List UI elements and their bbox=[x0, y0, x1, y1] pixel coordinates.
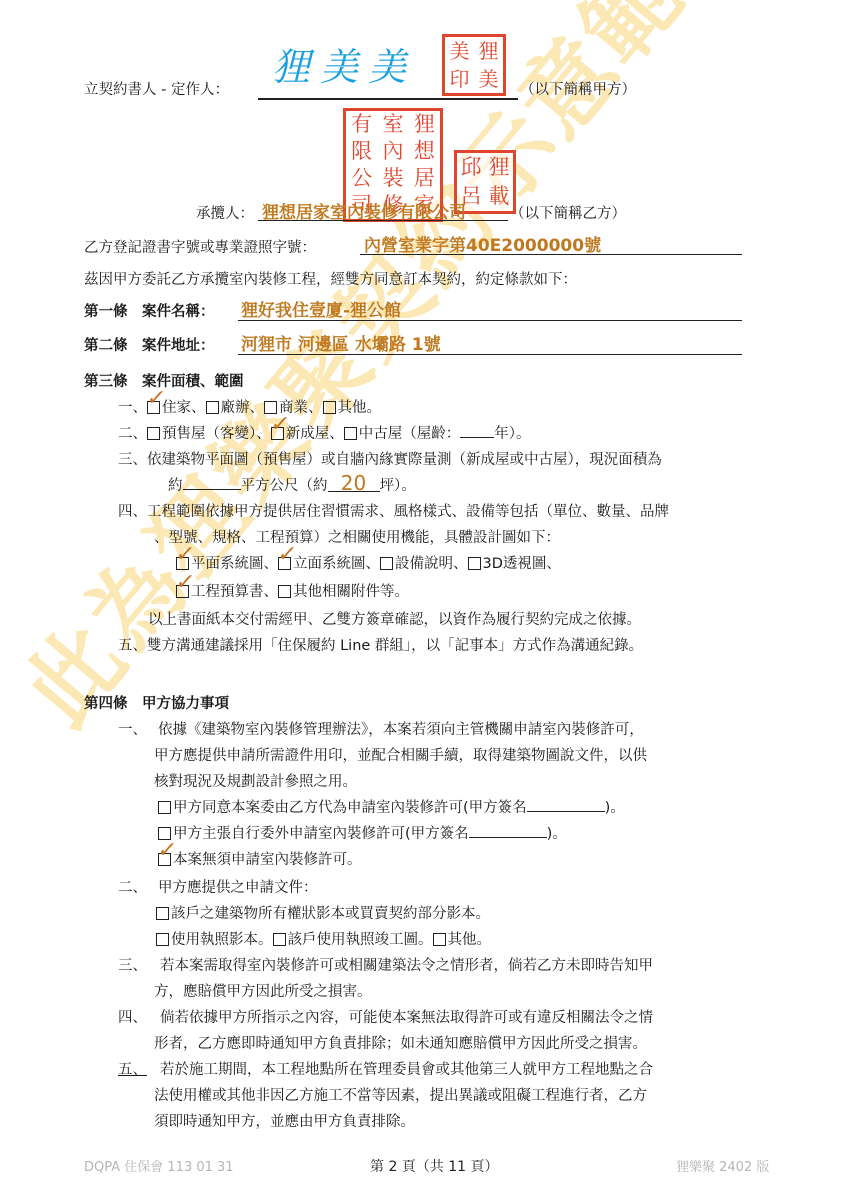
article-4-item-5-line: 若於施工期間，本工程地點所在管理委員會或其他第三人就甲方工程地點之合 bbox=[160, 1058, 653, 1079]
item-prefix: 二、 bbox=[118, 876, 147, 897]
article-3-item-1: 一、✓住家、廠辦、商業、其他。 bbox=[118, 396, 381, 417]
option-label: 設備說明、 bbox=[395, 556, 468, 572]
seal-char: 裝 bbox=[382, 168, 403, 189]
checkmark-icon: ✓ bbox=[174, 544, 196, 566]
article-2-value: 河狸市 河邊區 水壩路 1號 bbox=[241, 330, 441, 355]
option-suffix: )。 bbox=[605, 800, 625, 816]
seal-char: 有 bbox=[351, 114, 372, 135]
article-4-item-3-line: 方，應賠償甲方因此所受之損害。 bbox=[154, 980, 372, 1001]
article-1-line bbox=[238, 320, 742, 321]
ping-field[interactable]: 20 bbox=[328, 475, 380, 492]
documents-row-1: 該戶之建築物所有權狀影本或買賣契約部分影本。 bbox=[156, 902, 490, 923]
article-3-drawings-row-1: ✓平面系統圖、✓立面系統圖、設備說明、3D透視圖、 bbox=[176, 552, 561, 573]
item-prefix: 一、 bbox=[118, 400, 147, 416]
item-prefix: 五、 bbox=[118, 1058, 147, 1079]
checkbox-residence[interactable]: ✓ bbox=[147, 401, 160, 414]
party-b-line bbox=[258, 220, 508, 221]
party-a-signature-line bbox=[258, 98, 518, 100]
license-line bbox=[360, 254, 742, 255]
checkbox-budget[interactable]: ✓ bbox=[176, 585, 189, 598]
option-label: 其他。 bbox=[338, 400, 382, 416]
checkbox-use-permit[interactable] bbox=[156, 933, 169, 946]
checkmark-icon: ✓ bbox=[145, 388, 167, 410]
article-4-item-1-line: 核對現況及規劃設計參照之用。 bbox=[154, 770, 357, 791]
option-label: 廠辦、 bbox=[221, 400, 265, 416]
option-label: 甲方主張自行委外申請室內裝修許可(甲方簽名 bbox=[173, 826, 469, 842]
seal-char: 載 bbox=[489, 186, 510, 207]
checkbox-other-attachments[interactable] bbox=[278, 585, 291, 598]
seal-char: 想 bbox=[414, 141, 435, 162]
article-4-item-1-line: 依據《建築物室內裝修管理辦法》，本案若須向主管機關申請室內裝修許可， bbox=[158, 718, 644, 739]
seal-char: 室 bbox=[382, 114, 403, 135]
checkbox-completion-drawing[interactable] bbox=[273, 933, 286, 946]
seal-char: 印 bbox=[450, 69, 470, 89]
seal-char: 美 bbox=[450, 41, 470, 61]
checkbox-elevation[interactable]: ✓ bbox=[278, 557, 291, 570]
checkbox-agent-apply[interactable] bbox=[158, 801, 171, 814]
checkbox-used-house[interactable] bbox=[344, 427, 357, 440]
option-label: 中古屋（屋齡： bbox=[359, 426, 461, 442]
checkbox-no-permit[interactable]: ✓ bbox=[158, 853, 171, 866]
sqm-field[interactable] bbox=[183, 489, 241, 490]
option-label: 工程預算書、 bbox=[191, 584, 278, 600]
seal-char: 公 bbox=[351, 168, 372, 189]
article-3-area: 約平方公尺（約20坪）。 bbox=[168, 474, 416, 495]
seal-char: 居 bbox=[414, 168, 435, 189]
article-3-item-2: 二、預售屋（客變）、✓新成屋、中古屋（屋齡：年）。 bbox=[118, 422, 531, 443]
seal-char: 狸 bbox=[414, 114, 435, 135]
option-label: 立面系統圖、 bbox=[293, 556, 380, 572]
checkbox-floor-plan[interactable]: ✓ bbox=[176, 557, 189, 570]
option-label: 其他相關附件等。 bbox=[293, 584, 409, 600]
permit-option-self: 甲方主張自行委外申請室內裝修許可(甲方簽名)。 bbox=[158, 822, 567, 843]
seal-char: 狸 bbox=[489, 157, 510, 178]
item-prefix: 二、 bbox=[118, 426, 147, 442]
item-prefix: 一、 bbox=[118, 718, 147, 739]
seal-char: 限 bbox=[351, 141, 372, 162]
option-label: 本案無須申請室內裝修許可。 bbox=[173, 852, 362, 868]
footer-left: DQPA 住保會 113 01 31 bbox=[84, 1156, 234, 1175]
item-prefix: 四、 bbox=[118, 1006, 147, 1027]
article-3-note: 以上書面紙本交付需經甲、乙雙方簽章確認，以資作為履行契約完成之依據。 bbox=[148, 608, 641, 629]
article-3-item-4-line1: 四、工程範圍依據甲方提供居住習慣需求、風格樣式、設備等包括（單位、數量、品牌 bbox=[118, 500, 669, 521]
article-4-item-5-line: 須即時通知甲方，並應由甲方負責排除。 bbox=[154, 1110, 415, 1131]
article-3-item-4-line2: 、型號、規格、工程預算）之相關使用機能，具體設計圖如下： bbox=[154, 526, 560, 547]
checkbox-other[interactable] bbox=[323, 401, 336, 414]
option-label: 預售屋（客變）、 bbox=[162, 426, 271, 442]
checkmark-icon: ✓ bbox=[156, 840, 178, 862]
option-label: 該戶之建築物所有權狀影本或買賣契約部分影本。 bbox=[171, 906, 490, 922]
checkbox-presale[interactable] bbox=[147, 427, 160, 440]
article-2-line bbox=[238, 354, 742, 355]
sqm-unit: 平方公尺（約 bbox=[241, 478, 328, 494]
option-suffix: )。 bbox=[547, 826, 567, 842]
checkbox-equipment[interactable] bbox=[380, 557, 393, 570]
license-value: 內營室業字第40E2000000號 bbox=[364, 231, 601, 256]
signature-field[interactable] bbox=[527, 811, 605, 812]
option-label: 該戶使用執照竣工圖。 bbox=[288, 932, 433, 948]
article-3-drawings-row-2: ✓工程預算書、其他相關附件等。 bbox=[176, 580, 409, 601]
about-label: 約 bbox=[168, 478, 183, 494]
seal-char: 美 bbox=[479, 69, 499, 89]
article-2-label: 第二條 案件地址： bbox=[84, 334, 215, 355]
article-4-item-4-line: 形者，乙方應即時通知甲方負責排除；如未通知應賠償甲方因此所受之損害。 bbox=[154, 1032, 647, 1053]
article-4-item-5-line: 法使用權或其他非因乙方施工不當等因素，提出異議或阻礙工程進行者，乙方 bbox=[154, 1084, 647, 1105]
option-label: 新成屋、 bbox=[286, 426, 344, 442]
footer-right: 狸樂聚 2402 版 bbox=[676, 1156, 769, 1175]
checkbox-office[interactable] bbox=[206, 401, 219, 414]
permit-option-none: ✓本案無須申請室內裝修許可。 bbox=[158, 848, 362, 869]
seal-char: 狸 bbox=[479, 41, 499, 61]
item-prefix: 三、 bbox=[118, 954, 147, 975]
article-3-item-5: 五、雙方溝通建議採用「住保履約 Line 群組」，以「記事本」方式作為溝通紀錄。 bbox=[118, 634, 643, 655]
party-b-suffix: （以下簡稱乙方） bbox=[510, 202, 626, 223]
article-4-title: 第四條 甲方協力事項 bbox=[84, 692, 229, 713]
party-a-signature: 狸美美 bbox=[272, 36, 416, 91]
checkmark-icon: ✓ bbox=[269, 414, 291, 436]
license-label: 乙方登記證書字號或專業證照字號： bbox=[84, 236, 316, 257]
option-label: 甲方同意本案委由乙方代為申請室內裝修許可(甲方簽名 bbox=[173, 800, 527, 816]
article-4-item-1-line: 甲方應提供申請所需證件用印，並配合相關手續，取得建築物圖說文件，以供 bbox=[154, 744, 647, 765]
seal-char: 邱 bbox=[461, 157, 482, 178]
page-number: 第 2 頁（共 11 頁） bbox=[370, 1156, 499, 1176]
option-label: 年）。 bbox=[494, 426, 530, 442]
party-a-suffix: （以下簡稱甲方） bbox=[520, 78, 636, 99]
party-b-label: 承攬人： bbox=[196, 202, 254, 223]
party-a-seal: 美 狸 印 美 bbox=[442, 34, 506, 96]
article-4-item-3-line: 若本案需取得室內裝修許可或相關建築法令之情形者，倘若乙方未即時告知甲 bbox=[160, 954, 653, 975]
signature-field[interactable] bbox=[469, 837, 547, 838]
article-1-label: 第一條 案件名稱： bbox=[84, 300, 215, 321]
article-1-value: 狸好我住壹廈-狸公館 bbox=[241, 296, 401, 321]
option-label: 住家、 bbox=[162, 400, 206, 416]
house-age-field[interactable] bbox=[460, 437, 494, 438]
checkbox-3d-render[interactable] bbox=[468, 557, 481, 570]
documents-row-2: 使用執照影本。該戶使用執照竣工圖。其他。 bbox=[156, 928, 491, 949]
option-label: 3D透視圖、 bbox=[483, 556, 561, 572]
permit-option-agent: 甲方同意本案委由乙方代為申請室內裝修許可(甲方簽名)。 bbox=[158, 796, 625, 817]
option-label: 使用執照影本。 bbox=[171, 932, 273, 948]
intro-text: 茲因甲方委託乙方承攬室內裝修工程，經雙方同意訂本契約，約定條款如下： bbox=[84, 268, 577, 289]
checkbox-new-house[interactable]: ✓ bbox=[271, 427, 284, 440]
checkmark-icon: ✓ bbox=[174, 572, 196, 594]
article-3-item-3: 三、依建築物平面圖（預售屋）或自牆內緣實際量測（新成屋或中古屋），現況面積為 bbox=[118, 448, 662, 469]
article-4-item-4-line: 倘若依據甲方所指示之內容，可能使本案無法取得許可或有違反相關法令之情 bbox=[160, 1006, 653, 1027]
article-4-item-2-title: 甲方應提供之申請文件： bbox=[158, 876, 318, 897]
ping-unit: 坪）。 bbox=[380, 478, 416, 494]
checkbox-title-deed[interactable] bbox=[156, 907, 169, 920]
checkmark-icon: ✓ bbox=[276, 544, 298, 566]
seal-char: 內 bbox=[382, 141, 403, 162]
option-label: 平面系統圖、 bbox=[191, 556, 278, 572]
party-a-label: 立契約書人 - 定作人： bbox=[84, 78, 229, 99]
checkbox-other-docs[interactable] bbox=[433, 933, 446, 946]
option-label: 其他。 bbox=[448, 932, 492, 948]
